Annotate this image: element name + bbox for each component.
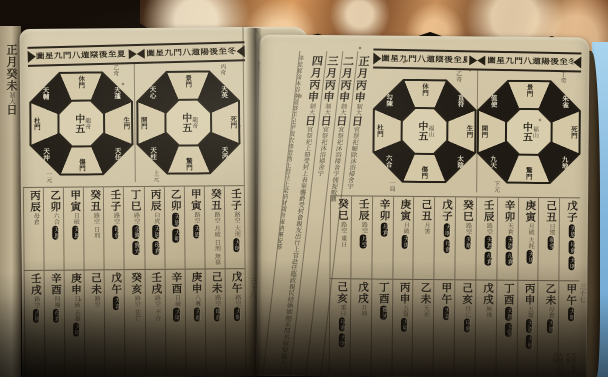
day-ganzhi-label: 辛酉 (170, 272, 182, 295)
diagram-corner-note: 下元 (493, 181, 499, 193)
day-ganzhi-label: 辛卯 (378, 199, 390, 222)
diagram-corner-note: 丁奇 (559, 71, 565, 83)
day-cell: 己丑日建明堂 (538, 198, 560, 280)
day-annotation: 重日 (339, 304, 346, 316)
day-annotation: 四廢 (53, 296, 60, 308)
nine-star-octagon-diagram: 丁奇 六白 九紫 下元 中五 福山 景門 朱雀 (476, 70, 582, 193)
month-marks: 制大 (338, 103, 346, 115)
day-ganzhi-label: 丁巳 (129, 189, 141, 212)
day-cell: 庚寅月破 大耗天馬 (517, 198, 539, 280)
nine-star-octagon-diagram: 丙奇 四綠 二黑 上元 中五 龍奇 景門 天英 (134, 63, 242, 182)
spirit-badge-list: 天赦 (188, 306, 206, 322)
spirit-badge-list: 月空 (354, 233, 371, 249)
octagon-segment-label: 開門 (140, 116, 147, 129)
day-cell: 辛酉四廢母倉 (44, 271, 65, 376)
spirit-badge: 天恩 (173, 213, 179, 227)
band-title-winter-solstice: 圖星九門八遁陽後至冬 (146, 47, 237, 58)
octagon-center-label: 中五 (520, 122, 530, 142)
spirit-badge-list: 母倉 (107, 224, 124, 240)
day-cell: 丙申五富天恩大明 (516, 281, 538, 376)
spirit-badge-list: 天恩大明 (520, 318, 538, 350)
spirit-badge: 母倉 (214, 307, 220, 321)
day-cell: 庚寅日破天馬 (392, 197, 414, 279)
spirit-badge-list: 明堂 (542, 235, 559, 251)
octagon-segment-label: 驚門 (525, 167, 532, 180)
spirit-badge-list: 天恩大明 (167, 212, 184, 244)
diagram-corner-note: 乙奇 (112, 64, 118, 76)
day-ganzhi-label: 庚寅 (524, 200, 536, 223)
day-cell: 壬戌路空 不吉 (144, 270, 165, 375)
day-cell: 庚申八專天赦 (184, 269, 205, 374)
month-marks: 制大 (307, 103, 315, 115)
spirit-badge-list: 大明 (562, 306, 579, 322)
day-cell: 乙卯天恩大明 (163, 187, 184, 269)
day-ganzhi-label: 丁酉 (378, 282, 390, 305)
spirit-badge: 天馬 (402, 235, 408, 249)
spirit-badge: 母倉 (153, 241, 159, 255)
right-page-diagrams: 乙奇 三元 一白 一局 中五 福山 休門 直符 (372, 70, 581, 194)
band-title-summer-solstice: 圖星九門八遁陰後至夏 (36, 50, 127, 61)
spirit-badge: 大明 (233, 238, 239, 252)
spirit-badge: 天恩 (505, 307, 511, 321)
left-page: 圖星九門八遁陰後至夏 圖星九門八遁陽後至冬 乙奇 三碧 一白 一元 中五 (19, 27, 261, 377)
nine-star-octagon-diagram: 乙奇 三元 一白 一局 中五 福山 休門 直符 (372, 70, 477, 193)
day-annotation: 五富 (401, 305, 408, 317)
octagon-center-label: 中五 (180, 113, 190, 133)
day-cell: 甲寅路空天恩 (184, 186, 205, 268)
day-cell: 壬子路空母倉 (103, 187, 124, 269)
day-ganzhi-label: 乙卯 (170, 189, 182, 212)
day-cell: 庚申日破 五墓大明 (64, 270, 85, 375)
day-ganzhi-label: 戊戌 (482, 283, 494, 306)
month-marks: 制大 (323, 103, 331, 115)
day-cell: 甲午天喜 (433, 280, 455, 375)
month-day-label: 正月癸未 (5, 44, 18, 92)
day-ganzhi-label: 壬戌 (150, 272, 162, 295)
spirit-badge: 玉堂 (505, 323, 511, 337)
month-tail: 日 (334, 115, 348, 126)
octagon-segment-label: 死門 (230, 116, 237, 129)
day-cell: 癸丑路空 月破 日刑 無祿 (204, 186, 225, 268)
octagon-segment-label: 九地 (561, 156, 568, 169)
octagon-segment-label: 天柱 (150, 147, 157, 160)
spirit-badge: 寶光 (380, 306, 386, 320)
day-ganzhi-label: 甲午 (565, 283, 577, 306)
day-ganzhi-label: 壬辰 (483, 200, 495, 223)
day-table-row: 戊子天恩母倉大明金匱月空玉堂 己丑日建明堂 庚寅月破 大耗天馬 辛卯天倉天恩母倉 (329, 195, 580, 280)
spirit-badge: 天德 (547, 319, 553, 333)
day-ganzhi-label: 辛酉 (50, 273, 62, 296)
day-ganzhi-label: 丙辰 (29, 190, 41, 213)
day-ganzhi-label: 壬子 (230, 188, 242, 211)
spirit-badge-list: 大明 (228, 306, 246, 322)
spirit-badge: 大明 (173, 308, 179, 322)
spirit-badge: 大明 (568, 307, 574, 321)
spirit-badge-list: 天喜 (107, 295, 125, 311)
octagon-segment-label: 杜門 (376, 124, 383, 137)
day-annotation: 無祿 (485, 306, 492, 318)
octagon-center-sublabel: 龍奇 (84, 117, 90, 129)
nine-star-octagon-diagram: 乙奇 三碧 一白 一元 中五 龍奇 休門 天蓬 (28, 64, 135, 183)
day-annotation: 路空 日刑 (92, 212, 99, 238)
spirit-badge: 天恩 (72, 226, 78, 240)
day-annotation: 路空 (193, 211, 200, 223)
day-cell: 壬子路空 大刑大明 (224, 186, 245, 268)
day-ganzhi-label: 戊子 (566, 200, 578, 223)
day-ganzhi-label: 丁酉 (503, 283, 515, 306)
day-ganzhi-label: 辛卯 (503, 200, 515, 223)
spirit-badge: 天恩 (526, 319, 532, 333)
spirit-badge-list: 吉期 (27, 308, 45, 324)
octagon-center-sublabel: 福山 (531, 126, 537, 138)
day-annotation: 月破 大耗 (527, 223, 534, 249)
day-annotation: 往亡 (464, 305, 471, 317)
day-cell: 癸亥路空 往亡 (124, 270, 145, 375)
day-cell: 壬辰路空月空 (350, 196, 372, 278)
previous-page-edge: 正月癸未制大日 (0, 26, 21, 377)
month-tail: 日 (319, 115, 333, 126)
month-marks: 制大 (8, 92, 15, 104)
day-ganzhi-label: 癸丑 (210, 188, 222, 211)
day-cell: 丙辰母倉 (23, 188, 44, 270)
day-cell: 戊子天恩母倉大明金匱月空玉堂 (559, 198, 581, 280)
day-annotation: 六合 (52, 213, 59, 225)
day-annotation: 路空 不吉 (153, 295, 160, 321)
octagon-core-border: 中五 福山 (400, 107, 448, 155)
day-ganzhi-label: 壬子 (109, 189, 121, 212)
spirit-badge: 大明 (234, 307, 240, 321)
spirit-badge-list: 母倉 (47, 308, 65, 324)
day-ganzhi-label: 庚寅 (399, 199, 411, 222)
day-annotation: 路空 (133, 212, 140, 224)
day-table-row: 戊午路空大明 己未路空母倉 庚申八專天赦 辛酉日破大明 (24, 268, 246, 376)
spirit-badge-list: 母倉 (208, 306, 226, 322)
spirit-badge-list: 天恩 (187, 223, 204, 239)
octagon-center: 中五 福山 (507, 110, 551, 154)
day-cell: 壬辰路空天恩母倉月空 (475, 197, 497, 279)
spirit-badge-list: 母倉 (458, 317, 475, 333)
day-ganzhi-label: 己丑 (420, 199, 432, 222)
octagon-segment-label: 開門 (481, 125, 488, 138)
spirit-badge: 天恩 (506, 236, 512, 250)
day-annotation: 八專 (194, 294, 201, 306)
day-annotation: 月害 (423, 222, 430, 234)
spirit-badge: 天恩 (52, 226, 58, 240)
day-annotation: 月刑 (360, 304, 367, 316)
spirit-badge: 天赦 (193, 307, 199, 321)
day-annotation: 日破 (72, 213, 79, 225)
spirit-badge: 天恩 (153, 225, 159, 239)
day-annotation: 路空 (214, 294, 221, 306)
spirit-badge: 天恩 (568, 224, 574, 238)
spirit-badge: 母倉 (463, 318, 469, 332)
right-page-day-table: 戊子天恩母倉大明金匱月空玉堂 己丑日建明堂 庚寅月破 大耗天馬 辛卯天倉天恩母倉 (329, 195, 581, 376)
spirit-badge-list: 大明母倉 (438, 222, 455, 254)
octagon-segment-label: 生門 (466, 125, 473, 138)
octagon-segment-label: 天心 (149, 86, 156, 99)
day-table-row: 甲午大明 乙未母倉天德 丙申五富天恩大明 丁酉天恩玉堂 (329, 278, 580, 376)
day-ganzhi-label: 己亥 (461, 282, 473, 305)
day-ganzhi-label: 庚申 (190, 271, 202, 294)
octagon-center: 中五 龍奇 (166, 100, 210, 144)
day-cell: 癸丑路空 日刑 (83, 187, 104, 269)
day-annotation: 日破 五墓 (73, 296, 80, 322)
diagram-corner-note: 上元 (152, 170, 158, 182)
foot-note: 大明月空天瘟 (551, 352, 562, 376)
spirit-badge: 大明 (443, 223, 449, 237)
day-ganzhi-label: 癸丑 (89, 189, 101, 212)
spirit-badge: 大明 (526, 335, 532, 349)
spirit-badge-list: 天恩 (46, 225, 63, 241)
month-tail: 日 (5, 104, 18, 115)
spirit-badge: 大明 (401, 318, 407, 332)
octagon-segment-label: 天芮 (221, 146, 228, 159)
octagon-center-sublabel: 龍奇 (191, 117, 197, 129)
day-ganzhi-label: 庚申 (70, 273, 82, 296)
day-cell: 己亥重日母倉大明 (329, 279, 351, 374)
day-cell: 辛卯天倉天恩母倉 (496, 198, 518, 280)
day-cell: 辛卯母倉 (371, 197, 393, 279)
day-ganzhi-label: 乙未 (419, 282, 431, 305)
spirit-badge-list: 母倉大明 (333, 316, 351, 348)
day-annotation: 路空 (93, 295, 100, 307)
day-annotation: 路空 (113, 212, 120, 224)
day-ganzhi-label: 丙申 (399, 282, 411, 305)
day-annotation: 路空 (465, 222, 472, 234)
day-ganzhi-label: 癸巳 (337, 198, 349, 221)
day-cell: 乙卯六合天恩 (43, 188, 64, 270)
day-ganzhi-label: 己亥 (336, 281, 348, 304)
spirit-badge-list: 天恩玉堂 (499, 306, 516, 338)
day-cell: 戊戌月刑 (349, 279, 371, 374)
spirit-badge: 母倉 (568, 240, 574, 254)
day-cell: 戊午天喜 (104, 270, 125, 375)
month-tail: 日 (303, 115, 317, 126)
octagon-segment-label: 太陰 (457, 155, 464, 168)
left-page-day-table: 壬子路空 大刑大明 癸丑路空 月破 日刑 無祿 甲寅路空天恩 乙卯天恩大明 (23, 185, 246, 376)
octagon-segment-label: 休門 (78, 75, 85, 88)
spirit-badge: 金匱 (132, 225, 138, 239)
spirit-badge: 天馬 (527, 250, 533, 264)
spirit-badge: 天恩 (193, 224, 199, 238)
octagon-center: 中五 龍奇 (59, 101, 103, 145)
octagon-chart: 中五 福山 景門 朱雀 死門 九地 驚門 九天 開門 值使 (476, 79, 581, 184)
day-annotation: 路空 重日 (340, 221, 347, 247)
day-annotation: 白虎 (153, 212, 160, 224)
spirit-badge: 大明 (73, 322, 79, 336)
day-annotation: 路空 (234, 294, 241, 306)
octagon-center: 中五 福山 (402, 109, 446, 153)
spirit-badge: 吉期 (33, 309, 39, 323)
day-cell: 己亥往亡母倉 (454, 280, 476, 375)
spirit-badge-list: 金匱寶光 (127, 224, 144, 256)
day-annotation: 五富 (526, 306, 533, 318)
day-cell: 甲寅日破天恩 (63, 188, 84, 270)
octagon-core-border: 中五 福山 (505, 108, 553, 156)
day-ganzhi-label: 癸亥 (130, 272, 142, 295)
octagon-segment-label: 杜門 (33, 117, 40, 130)
day-ganzhi-label: 己未 (211, 271, 223, 294)
octagon-segment-label: 天輔 (42, 87, 49, 100)
octagon-segment-label: 天任 (114, 147, 121, 160)
day-cell: 丁酉天恩玉堂 (495, 281, 517, 376)
day-annotation: 路空 (33, 296, 40, 308)
band-bowtie-icon (126, 49, 146, 60)
day-cell: 乙未天巫 (412, 280, 434, 375)
octagon-segment-label: 景門 (526, 84, 533, 97)
previous-page-month-label: 正月癸未制大日 (2, 42, 20, 377)
foot-notes: 天恩母倉五富大明月空天瘟 (551, 352, 575, 376)
day-ganzhi-label: 甲寅 (190, 188, 202, 211)
band-title-winter-solstice: 圖星九門八遁陽後至冬 (487, 56, 573, 66)
octagon-segment-label: 死門 (570, 126, 577, 139)
spirit-badge-list: 天馬 (396, 234, 413, 250)
octagon-center-sublabel: 福山 (427, 125, 433, 137)
spirit-badge-list: 天馬 (521, 249, 539, 265)
day-ganzhi-label: 己丑 (545, 200, 557, 223)
day-ganzhi-label: 丙辰 (150, 189, 162, 212)
octagon-segment-label: 天蓬 (113, 86, 120, 99)
month-tail: 日 (350, 115, 364, 126)
spirit-badge: 母倉 (485, 252, 491, 266)
day-ganzhi-label: 甲午 (440, 282, 452, 305)
spirit-badge-list: 大明 (168, 307, 186, 323)
month-suitable-activities: 宜祭祀解除沐浴掃舍宇 (346, 126, 360, 189)
day-annotation: 路空 (360, 221, 367, 233)
day-ganzhi-label: 壬戌 (30, 273, 42, 296)
day-cell: 戊午路空大明 (224, 269, 245, 374)
day-cell: 丁酉寶光 (370, 280, 392, 375)
right-page: 正月丙申制大日宜祭祀解除沐浴掃舍宇 二月丙申制大日宜祭祀沐浴掃舍宇捕捉畋獵 三月… (257, 35, 590, 377)
spirit-badge: 天喜 (443, 306, 449, 320)
spirit-badge-list: 母倉 (375, 222, 392, 238)
diagram-corner-note: 丙奇 (219, 63, 225, 75)
diagram-corner-note: 一元 (45, 171, 51, 183)
spirit-badge-list: 天喜 (437, 305, 454, 321)
day-cell: 丙辰白虎天恩母倉大明 (143, 187, 164, 269)
day-table-row: 壬子路空 大刑大明 癸丑路空 月破 日刑 無祿 甲寅路空天恩 乙卯天恩大明 (23, 185, 245, 270)
spirit-badge: 大明 (173, 229, 179, 243)
day-ganzhi-label: 甲寅 (69, 190, 81, 213)
octagon-segment-label: 值使 (490, 95, 497, 108)
day-annotation: 路空 月破 日刑 無祿 (213, 211, 220, 265)
day-ganzhi-label: 乙卯 (49, 190, 61, 213)
spirit-badge: 天喜 (113, 296, 119, 310)
spirit-badge-list: 大明 (395, 317, 412, 333)
day-ganzhi-label: 戊戌 (357, 281, 369, 304)
spirit-badge: 母倉 (339, 317, 345, 331)
octagon-segment-label: 驚門 (185, 158, 192, 171)
band-bowtie-icon (467, 55, 487, 65)
almanac-photo-scene: 正月癸未制大日 圖星九門八遁陰後至夏 圖星九門八遁陽後至冬 乙奇 三碧 一白 一… (0, 0, 608, 377)
day-annotation: 天巫 (422, 305, 429, 317)
folio-number: 三十七 (578, 283, 588, 303)
day-cell: 癸巳路空 重日 (329, 196, 351, 278)
octagon-segment-label: 天沖 (43, 148, 50, 161)
octagon-center-label: 中五 (73, 114, 83, 134)
octagon-segment-label: 勾陳 (386, 94, 393, 107)
day-annotation: 天倉 (506, 223, 513, 235)
octagon-core-border: 中五 龍奇 (164, 98, 212, 146)
day-cell: 戊戌無祿 (474, 280, 496, 375)
spirit-badge: 母倉 (443, 239, 449, 253)
spirit-badge-list: 天恩母倉 (500, 235, 518, 267)
day-annotation: 母倉 (32, 213, 39, 225)
day-ganzhi-label: 戊子 (441, 199, 453, 222)
day-cell: 戊子大明母倉 (434, 197, 456, 279)
day-ganzhi-label: 戊午 (231, 271, 243, 294)
spirit-badge: 母倉 (381, 223, 387, 237)
foot-note: 天恩母倉五富 (564, 352, 575, 376)
band-end-triangle-icon (573, 56, 581, 68)
octagon-segment-label: 傷門 (421, 166, 428, 179)
spirit-badge-list: 天赦 (458, 234, 475, 250)
octagon-chart: 中五 龍奇 休門 天蓬 生門 天任 傷門 天沖 杜門 天輔 (29, 71, 134, 176)
octagon-center-label: 中五 (416, 121, 426, 141)
day-annotation: 路空 大刑 (233, 211, 240, 237)
spirit-badge: 大明 (568, 256, 574, 270)
spirit-badge: 天赦 (464, 235, 470, 249)
spirit-badge-list: 大明 (67, 321, 84, 337)
day-annotation: 日建 (548, 223, 555, 235)
octagon-segment-label: 九天 (490, 156, 497, 169)
day-cell: 丁巳路空金匱寶光 (123, 187, 144, 269)
day-cell: 癸巳路空天赦 (454, 197, 476, 279)
left-page-diagrams: 乙奇 三碧 一白 一元 中五 龍奇 休門 天蓬 (28, 63, 242, 183)
day-annotation: 日破 (402, 222, 409, 234)
octagon-chart: 中五 龍奇 景門 天英 死門 天芮 驚門 天柱 開門 天心 (136, 70, 241, 175)
spirit-badge: 母倉 (112, 225, 118, 239)
day-ganzhi-label: 壬辰 (358, 198, 370, 221)
spirit-badge: 母倉 (53, 309, 59, 323)
spirit-badge-list: 天德 (541, 318, 558, 334)
diagram-corner-note: 乙奇 (455, 70, 461, 82)
day-annotation: 路空 (485, 223, 492, 235)
month-suitable-activities: 宜祭祀沐浴掃舍宇 (316, 126, 329, 176)
day-annotation: 路空 往亡 (133, 295, 140, 321)
octagon-core-border: 中五 龍奇 (57, 99, 105, 147)
day-ganzhi-label: 戊午 (110, 272, 122, 295)
day-cell: 辛酉日破大明 (164, 270, 185, 375)
day-cell: 丙申五富大明 (391, 280, 413, 375)
octagon-chart: 中五 福山 休門 直符 生門 太陰 傷門 六合 杜門 勾陳 (372, 79, 477, 184)
diagram-corner-note: 一局 (388, 180, 394, 192)
spirit-badge-list: 天恩 (66, 224, 83, 240)
spirit-badge: 大明 (338, 333, 344, 347)
day-annotation: 日破 (174, 295, 181, 307)
octagon-segment-label: 直符 (457, 94, 464, 107)
octagon-segment-label: 傷門 (78, 158, 85, 171)
day-cell: 己未路空 (84, 270, 105, 375)
day-cell: 壬戌路空吉期 (24, 271, 45, 376)
day-cell: 己未路空母倉 (204, 269, 225, 374)
spirit-badge: 月空 (360, 234, 366, 248)
octagon-segment-label: 朱雀 (562, 95, 569, 108)
spirit-badge-list: 大明 (227, 237, 244, 253)
band-end-triangle-icon (373, 52, 381, 64)
octagon-segment-label: 六合 (385, 155, 392, 168)
day-ganzhi-label: 丙申 (523, 283, 535, 306)
spirit-badge: 明堂 (547, 236, 553, 250)
day-cell: 己丑月害 (413, 197, 435, 279)
day-ganzhi-label: 癸巳 (462, 199, 474, 222)
band-title-summer-solstice: 圖星九門八遁陰後至夏 (381, 54, 467, 64)
spirit-badge: 天恩 (485, 236, 491, 250)
day-ganzhi-label: 乙未 (544, 283, 556, 306)
month-marks: 制大 (354, 103, 362, 115)
spirit-badge-list: 寶光 (375, 305, 392, 321)
day-annotation: 母倉 (547, 306, 554, 318)
